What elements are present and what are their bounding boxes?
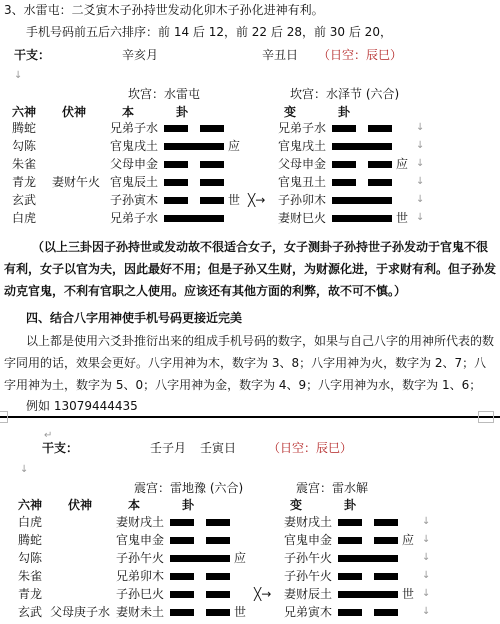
day-void-2: （日空：辰巳）: [268, 440, 352, 456]
yin-line-left: [332, 179, 356, 186]
example-number: 例如 13079444435: [26, 398, 138, 414]
line-break-mark: ↓: [14, 68, 22, 84]
header-fushen-2: 伏神: [68, 497, 92, 513]
shi-ying-mark: 世: [234, 604, 246, 620]
liushen-cell: 玄武: [12, 192, 36, 208]
bian-yao-cell: 妻财戌土: [284, 514, 332, 530]
month-pillar: 辛亥月: [122, 47, 158, 63]
line-break-mark: ↓: [416, 192, 424, 208]
liushen-cell: 青龙: [12, 174, 36, 190]
header-bian: 变: [284, 104, 296, 120]
yin-line-left: [338, 573, 362, 580]
liushen-cell: 玄武: [18, 604, 42, 620]
yin-line-left: [164, 179, 188, 186]
bian-yao-cell: 官鬼丑土: [278, 174, 326, 190]
yin-line-right: [206, 591, 230, 598]
header-gua-2: 卦: [182, 497, 194, 513]
yin-line-right: [200, 161, 224, 168]
ben-yao-cell: 兄弟卯木: [116, 568, 164, 584]
yin-line-left: [332, 161, 356, 168]
liushen-cell: 朱雀: [18, 568, 42, 584]
yin-line-left: [338, 519, 362, 526]
bian-yao-cell: 子孙午火: [284, 550, 332, 566]
ben-yao-cell: 子孙寅木: [110, 192, 158, 208]
header-bian-2: 变: [290, 497, 302, 513]
header-liushen: 六神: [12, 104, 36, 120]
bian-yao-cell: 兄弟寅木: [284, 604, 332, 620]
yin-line-right: [374, 609, 398, 616]
yin-line-left: [332, 125, 356, 132]
ben-palace: 坎宫：水雷屯: [128, 86, 200, 102]
header-gua-bian: 卦: [338, 104, 350, 120]
yin-line-left: [338, 609, 362, 616]
liushen-cell: 勾陈: [18, 550, 42, 566]
yin-line-left: [164, 197, 188, 204]
line-break-mark: ↓: [422, 604, 430, 620]
ben-yao-cell: 父母申金: [110, 156, 158, 172]
line-break-mark: ↓: [422, 532, 430, 548]
ben-yao-cell: 兄弟子水: [110, 120, 158, 136]
bian-yao-cell: 子孙午火: [284, 568, 332, 584]
yin-line-left: [164, 161, 188, 168]
yin-line-right: [374, 519, 398, 526]
liushen-cell: 白虎: [12, 210, 36, 226]
yin-line-left: [170, 591, 194, 598]
yin-line-right: [206, 609, 230, 616]
ben-yao-cell: 官鬼申金: [116, 532, 164, 548]
yin-line-left: [338, 537, 362, 544]
header-fushen: 伏神: [62, 104, 86, 120]
line-break-mark-2: ↓: [20, 462, 28, 478]
line-break-mark: ↓: [422, 550, 430, 566]
line-break-mark: ↓: [416, 210, 424, 226]
yang-line: [164, 143, 224, 150]
line-break-mark: ↓: [416, 156, 424, 172]
shi-ying-mark: 世: [228, 192, 240, 208]
shi-ying-mark: 应: [234, 550, 246, 566]
yang-line: [332, 215, 392, 222]
line-break-mark: ↓: [416, 120, 424, 136]
section4-heading: 四、结合八字用神使手机号码更接近完美: [26, 310, 242, 326]
shi-ying-mark: 世: [396, 210, 408, 226]
bian-yao-cell: 妻财巳火: [278, 210, 326, 226]
margin-marker-left: [0, 411, 8, 423]
bian-yao-cell: 兄弟子水: [278, 120, 326, 136]
bian-palace-2: 震宫：雷水解: [296, 480, 368, 496]
day-pillar-2: 壬寅日: [200, 440, 236, 456]
header-gua: 卦: [176, 104, 188, 120]
ben-yao-cell: 官鬼辰土: [110, 174, 158, 190]
yin-line-right: [206, 537, 230, 544]
yin-line-right: [374, 537, 398, 544]
liushen-cell: 腾蛇: [12, 120, 36, 136]
yin-line-right: [200, 179, 224, 186]
day-void: （日空：辰巳）: [318, 47, 402, 63]
liushen-cell: 勾陈: [12, 138, 36, 154]
line-break-mark: ↓: [416, 174, 424, 190]
yang-line: [338, 591, 398, 598]
yin-line-right: [206, 519, 230, 526]
yang-line: [338, 555, 398, 562]
shi-ying-mark: 应: [228, 138, 240, 154]
yin-line-right: [200, 125, 224, 132]
page-break-line: [0, 416, 500, 418]
commentary-paragraph: （以上三卦因子孙持世或发动故不很适合女子，女子测卦子孙持世子孙发动于官鬼不很有利…: [4, 236, 496, 302]
shi-ying-mark: 应: [402, 532, 414, 548]
liushen-cell: 朱雀: [12, 156, 36, 172]
ben-yao-cell: 妻财未土: [116, 604, 164, 620]
line-break-mark: ↓: [422, 514, 430, 530]
moving-line-icon: ╳→: [254, 586, 271, 602]
margin-marker-right: [478, 411, 494, 423]
yang-line: [170, 555, 230, 562]
line-break-mark: ↓: [422, 586, 430, 602]
header-ben-2: 本: [128, 497, 140, 513]
ganzhi-label-2: 干支：: [42, 440, 78, 456]
liushen-cell: 白虎: [18, 514, 42, 530]
fushen-cell: 妻财午火: [52, 174, 100, 190]
line-break-mark: ↓: [422, 568, 430, 584]
yin-line-left: [170, 573, 194, 580]
ben-palace-2: 震宫：雷地豫 (六合): [134, 480, 243, 496]
yang-line: [332, 143, 392, 150]
bian-yao-cell: 父母申金: [278, 156, 326, 172]
bian-yao-cell: 官鬼申金: [284, 532, 332, 548]
yang-line: [164, 215, 224, 222]
yin-line-right: [374, 573, 398, 580]
header-gua-bian-2: 卦: [344, 497, 356, 513]
shi-ying-mark: 世: [402, 586, 414, 602]
section4-body: 以上都是使用六爻卦推衍出来的组成手机号码的数字，如果与自己八字的用神所代表的数字…: [4, 330, 496, 396]
yin-line-right: [368, 161, 392, 168]
phone-order-line: 手机号码前五后六排序：前 14 后 12，前 22 后 28，前 30 后 20…: [26, 24, 392, 40]
ben-yao-cell: 官鬼戌土: [110, 138, 158, 154]
yang-line: [332, 197, 392, 204]
bian-yao-cell: 官鬼戌土: [278, 138, 326, 154]
ben-yao-cell: 妻财戌土: [116, 514, 164, 530]
yin-line-right: [368, 179, 392, 186]
liushen-cell: 腾蛇: [18, 532, 42, 548]
yin-line-right: [200, 197, 224, 204]
yin-line-left: [170, 519, 194, 526]
line-break-mark: ↓: [416, 138, 424, 154]
moving-line-icon: ╳→: [248, 192, 265, 208]
bian-yao-cell: 子孙卯木: [278, 192, 326, 208]
ben-yao-cell: 兄弟子水: [110, 210, 158, 226]
fushen-cell: 父母庚子水: [50, 604, 110, 620]
ben-yao-cell: 子孙巳火: [116, 586, 164, 602]
yin-line-right: [368, 125, 392, 132]
shi-ying-mark: 应: [396, 156, 408, 172]
yin-line-left: [164, 125, 188, 132]
bian-palace: 坎宫：水泽节 (六合): [290, 86, 399, 102]
yin-line-left: [170, 537, 194, 544]
day-pillar: 辛丑日: [262, 47, 298, 63]
header-ben: 本: [122, 104, 134, 120]
header-liushen-2: 六神: [18, 497, 42, 513]
yin-line-left: [170, 609, 194, 616]
bian-yao-cell: 妻财辰土: [284, 586, 332, 602]
ganzhi-label: 干支：: [14, 47, 50, 63]
ben-yao-cell: 子孙午火: [116, 550, 164, 566]
liushen-cell: 青龙: [18, 586, 42, 602]
month-pillar-2: 壬子月: [150, 440, 186, 456]
yin-line-right: [206, 573, 230, 580]
section-title: 3、水雷屯：二爻寅木子孙持世发动化卯木子孙化进神有利。: [4, 2, 324, 18]
